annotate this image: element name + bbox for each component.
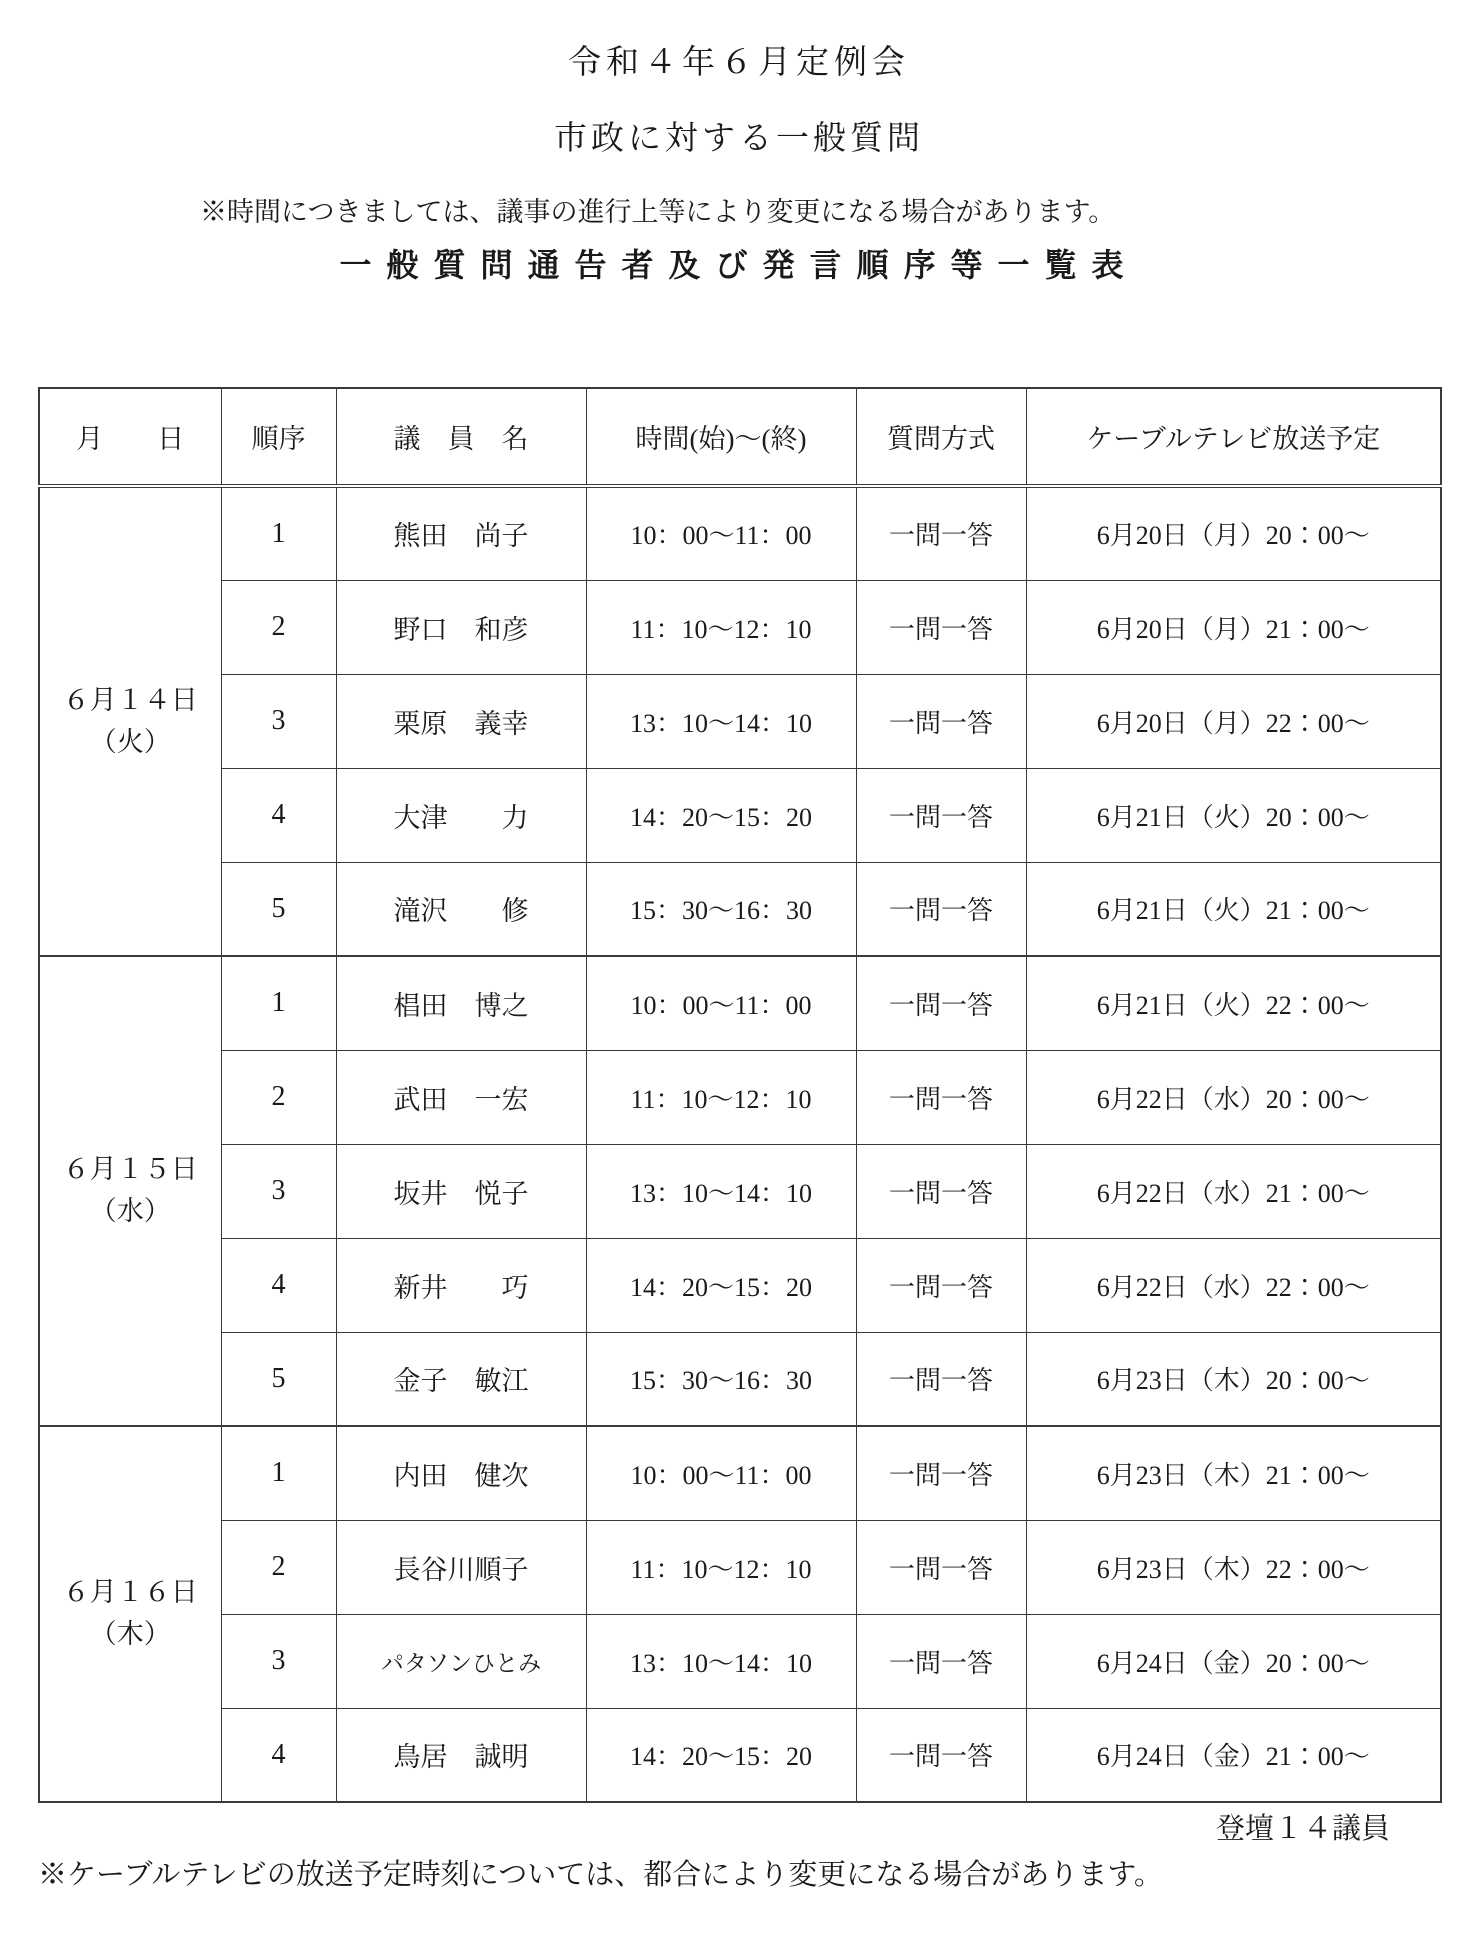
- name-cell: 長谷川順子: [336, 1520, 586, 1614]
- name-cell: 内田 健次: [336, 1426, 586, 1520]
- time-cell: 14：20～15：20: [586, 1708, 856, 1802]
- time-cell: 14：20～15：20: [586, 1238, 856, 1332]
- format-cell: 一問一答: [856, 1520, 1026, 1614]
- table-row: 5金子 敏江15：30～16：30一問一答6月23日（木）20：00～: [39, 1332, 1441, 1426]
- name-cell: 大津 力: [336, 768, 586, 862]
- weekday-text: （火）: [40, 722, 221, 764]
- order-cell: 4: [221, 1238, 336, 1332]
- name-cell: 栗原 義幸: [336, 674, 586, 768]
- header-date: 月 日: [39, 388, 221, 486]
- name-cell: 滝沢 修: [336, 862, 586, 956]
- time-cell: 14：20～15：20: [586, 768, 856, 862]
- time-cell: 11：10～12：10: [586, 580, 856, 674]
- time-cell: 11：10～12：10: [586, 1520, 856, 1614]
- broadcast-cell: 6月21日（火）22：00～: [1026, 956, 1441, 1050]
- table-row: 2武田 一宏11：10～12：10一問一答6月22日（水）20：00～: [39, 1050, 1441, 1144]
- date-cell: ６月１６日（木）: [39, 1426, 221, 1802]
- format-cell: 一問一答: [856, 1614, 1026, 1708]
- header-time: 時間(始)～(終): [586, 388, 856, 486]
- format-cell: 一問一答: [856, 1426, 1026, 1520]
- name-cell: 鳥居 誠明: [336, 1708, 586, 1802]
- table-row: 2野口 和彦11：10～12：10一問一答6月20日（月）21：00～: [39, 580, 1441, 674]
- format-cell: 一問一答: [856, 1708, 1026, 1802]
- order-cell: 1: [221, 1426, 336, 1520]
- header-format: 質問方式: [856, 388, 1026, 486]
- broadcast-cell: 6月23日（木）21：00～: [1026, 1426, 1441, 1520]
- table-row: 4大津 力14：20～15：20一問一答6月21日（火）20：00～: [39, 768, 1441, 862]
- format-cell: 一問一答: [856, 1238, 1026, 1332]
- document-page: 令和４年６月定例会 市政に対する一般質問 ※時間につきましては、議事の進行上等に…: [0, 0, 1478, 1958]
- order-cell: 1: [221, 486, 336, 580]
- format-cell: 一問一答: [856, 1144, 1026, 1238]
- broadcast-cell: 6月24日（金）21：00～: [1026, 1708, 1441, 1802]
- broadcast-cell: 6月24日（金）20：00～: [1026, 1614, 1441, 1708]
- name-cell: 新井 巧: [336, 1238, 586, 1332]
- table-header-row: 月 日 順序 議 員 名 時間(始)～(終) 質問方式 ケーブルテレビ放送予定: [39, 388, 1441, 486]
- order-cell: 5: [221, 1332, 336, 1426]
- broadcast-cell: 6月21日（火）20：00～: [1026, 768, 1441, 862]
- order-cell: 4: [221, 1708, 336, 1802]
- order-cell: 1: [221, 956, 336, 1050]
- format-cell: 一問一答: [856, 956, 1026, 1050]
- date-text: ６月１４日: [40, 680, 221, 722]
- document-title: 令和４年６月定例会: [0, 36, 1478, 83]
- format-cell: 一問一答: [856, 674, 1026, 768]
- format-cell: 一問一答: [856, 1050, 1026, 1144]
- format-cell: 一問一答: [856, 580, 1026, 674]
- name-cell: 野口 和彦: [336, 580, 586, 674]
- name-cell: 椙田 博之: [336, 956, 586, 1050]
- time-cell: 15：30～16：30: [586, 862, 856, 956]
- order-cell: 2: [221, 1520, 336, 1614]
- date-cell: ６月１４日（火）: [39, 486, 221, 956]
- broadcast-cell: 6月22日（水）20：00～: [1026, 1050, 1441, 1144]
- time-cell: 10：00～11：00: [586, 486, 856, 580]
- name-cell: 熊田 尚子: [336, 486, 586, 580]
- table-row: ６月１６日（木）1内田 健次10：00～11：00一問一答6月23日（木）21：…: [39, 1426, 1441, 1520]
- broadcast-change-note: ※ケーブルテレビの放送予定時刻については、都合により変更になる場合があります。: [38, 1852, 1163, 1893]
- order-cell: 3: [221, 674, 336, 768]
- order-cell: 5: [221, 862, 336, 956]
- date-text: ６月１５日: [40, 1149, 221, 1191]
- order-cell: 3: [221, 1144, 336, 1238]
- table-row: 2長谷川順子11：10～12：10一問一答6月23日（木）22：00～: [39, 1520, 1441, 1614]
- format-cell: 一問一答: [856, 486, 1026, 580]
- schedule-table-body: ６月１４日（火）1熊田 尚子10：00～11：00一問一答6月20日（月）20：…: [39, 486, 1441, 1802]
- table-title: 一般質問通告者及び発言順序等一覧表: [0, 240, 1478, 286]
- date-text: ６月１６日: [40, 1572, 221, 1614]
- broadcast-cell: 6月23日（木）22：00～: [1026, 1520, 1441, 1614]
- header-name: 議 員 名: [336, 388, 586, 486]
- broadcast-cell: 6月20日（月）21：00～: [1026, 580, 1441, 674]
- table-row: 3栗原 義幸13：10～14：10一問一答6月20日（月）22：00～: [39, 674, 1441, 768]
- order-cell: 2: [221, 1050, 336, 1144]
- table-row: 4鳥居 誠明14：20～15：20一問一答6月24日（金）21：00～: [39, 1708, 1441, 1802]
- name-cell: 武田 一宏: [336, 1050, 586, 1144]
- broadcast-cell: 6月23日（木）20：00～: [1026, 1332, 1441, 1426]
- document-subtitle: 市政に対する一般質問: [0, 112, 1478, 159]
- broadcast-cell: 6月22日（水）22：00～: [1026, 1238, 1441, 1332]
- time-cell: 15：30～16：30: [586, 1332, 856, 1426]
- order-cell: 3: [221, 1614, 336, 1708]
- format-cell: 一問一答: [856, 1332, 1026, 1426]
- time-cell: 10：00～11：00: [586, 1426, 856, 1520]
- table-row: 3パタソンひとみ13：10～14：10一問一答6月24日（金）20：00～: [39, 1614, 1441, 1708]
- time-cell: 13：10～14：10: [586, 1144, 856, 1238]
- format-cell: 一問一答: [856, 768, 1026, 862]
- broadcast-cell: 6月20日（月）22：00～: [1026, 674, 1441, 768]
- broadcast-cell: 6月21日（火）21：00～: [1026, 862, 1441, 956]
- time-cell: 13：10～14：10: [586, 674, 856, 768]
- general-questions-schedule-table: 月 日 順序 議 員 名 時間(始)～(終) 質問方式 ケーブルテレビ放送予定 …: [38, 387, 1442, 1803]
- name-cell: 金子 敏江: [336, 1332, 586, 1426]
- name-cell: パタソンひとみ: [336, 1614, 586, 1708]
- order-cell: 2: [221, 580, 336, 674]
- time-cell: 13：10～14：10: [586, 1614, 856, 1708]
- table-row: 3坂井 悦子13：10～14：10一問一答6月22日（水）21：00～: [39, 1144, 1441, 1238]
- weekday-text: （木）: [40, 1614, 221, 1656]
- table-row: ６月１４日（火）1熊田 尚子10：00～11：00一問一答6月20日（月）20：…: [39, 486, 1441, 580]
- table-row: ６月１５日（水）1椙田 博之10：00～11：00一問一答6月21日（火）22：…: [39, 956, 1441, 1050]
- format-cell: 一問一答: [856, 862, 1026, 956]
- time-change-note: ※時間につきましては、議事の進行上等により変更になる場合があります。: [200, 190, 1115, 229]
- weekday-text: （水）: [40, 1191, 221, 1233]
- broadcast-cell: 6月20日（月）20：00～: [1026, 486, 1441, 580]
- time-cell: 11：10～12：10: [586, 1050, 856, 1144]
- broadcast-cell: 6月22日（水）21：00～: [1026, 1144, 1441, 1238]
- table-row: 5滝沢 修15：30～16：30一問一答6月21日（火）21：00～: [39, 862, 1441, 956]
- order-cell: 4: [221, 768, 336, 862]
- header-broadcast: ケーブルテレビ放送予定: [1026, 388, 1441, 486]
- speaker-count-note: 登壇１４議員: [1216, 1806, 1390, 1847]
- date-cell: ６月１５日（水）: [39, 956, 221, 1426]
- header-order: 順序: [221, 388, 336, 486]
- table-row: 4新井 巧14：20～15：20一問一答6月22日（水）22：00～: [39, 1238, 1441, 1332]
- name-cell: 坂井 悦子: [336, 1144, 586, 1238]
- time-cell: 10：00～11：00: [586, 956, 856, 1050]
